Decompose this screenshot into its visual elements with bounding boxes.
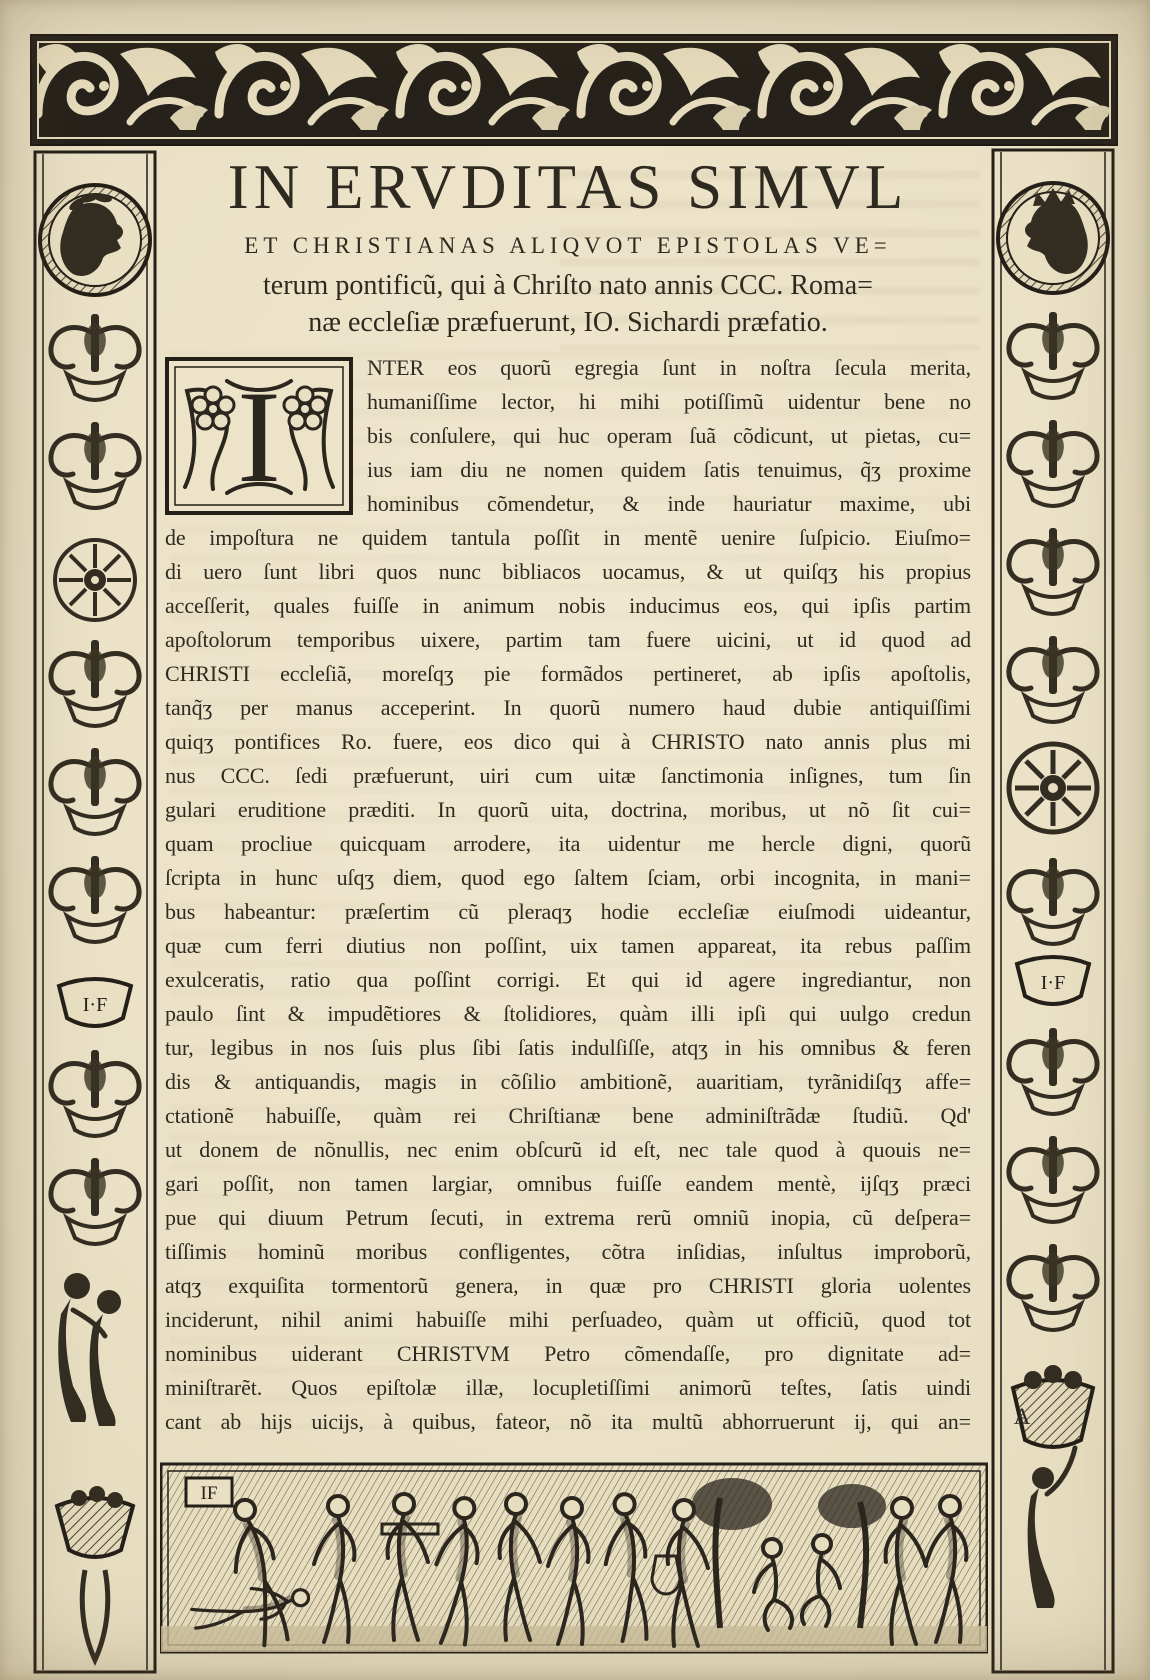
text-line: CHRISTI eccleſiã, moreſqʒ pie formãdos p… (165, 657, 971, 691)
text-line: quæ cum ferri diutius non poſſint, uix t… (165, 929, 971, 963)
text-line: bis conſulere, qui huc operam ſuã cõdicu… (367, 419, 971, 453)
left-pilaster-border-woodcut: I·F (33, 150, 157, 1674)
text-line: ſcripta in hunc uſqʒ diem, quod ego ſalt… (165, 861, 971, 895)
text-line: quam procliue quicquam arrodere, ita uid… (165, 827, 971, 861)
crowned-head-medallion (998, 183, 1108, 293)
frieze-monogram: IF (201, 1483, 218, 1504)
page-title: IN ERVDITAS SIMVL (165, 152, 971, 223)
artist-monogram-bowl: I·F (1017, 957, 1089, 1004)
right-pilaster-border-woodcut: I·F (991, 148, 1115, 1674)
text-line: nominibus uiderant CHRISTVM Petro cõmend… (165, 1337, 971, 1371)
fruit-basket-and-figure (1013, 1365, 1093, 1608)
text-line: gulari eruditione præditi. In quorũ uita… (165, 793, 971, 827)
bottom-bacchanal-frieze-woodcut: IF (160, 1458, 988, 1658)
title-subline-caps: ET CHRISTIANAS ALIQVOT EPISTOLAS VE= (165, 233, 971, 259)
satyr-couple-figures (58, 1273, 121, 1426)
text-line: tiſſimis hominũ moribus confligentes, cõ… (165, 1235, 971, 1269)
text-line: ctationẽ habuiſſe, quàm rei Chriſtianæ b… (165, 1099, 971, 1133)
title-subline: terum pontificũ, qui à Chriſto nato anni… (165, 267, 971, 304)
signature-mark: A (1002, 1404, 1042, 1430)
rosette-wheel (1009, 744, 1097, 832)
text-line: paulo ſint & impudẽtiores & ſtolidiores,… (165, 997, 971, 1031)
text-line: inciderunt, nihil animi habuiſſe mihi pe… (165, 1303, 971, 1337)
left-border-monogram: I·F (83, 994, 107, 1016)
text-line: NTER eos quorũ egregia ſunt in noſtra ſe… (367, 351, 971, 385)
text-line: tur, legibus in nos ſuis plus ſibi ſatis… (165, 1031, 971, 1065)
text-line: miniſtrarẽt. Quos epiſtolæ illæ, locuple… (165, 1371, 971, 1405)
text-line: hominibus cõmendetur, & inde hauriatur m… (367, 487, 971, 521)
text-line: cant ab hijs uicijs, à quibus, fateor, n… (165, 1405, 971, 1439)
preface-body: I (165, 351, 971, 1439)
text-line: exulceratis, ratio qua poſſint corrigi. … (165, 963, 971, 997)
text-line: atqʒ exquiſita tormentorũ genera, in quæ… (165, 1269, 971, 1303)
book-page: I·F (0, 0, 1150, 1680)
title-subline: næ eccleſiæ præfuerunt, IO. Sichardi præ… (165, 304, 971, 341)
laureate-head-medallion (40, 185, 150, 295)
decorated-initial-woodcut: I (165, 357, 353, 515)
text-line: pue qui diuum Petrum ſecuti, in extrema … (165, 1201, 971, 1235)
text-line: de impoſtura ne quidem tantula poſſit in… (165, 521, 971, 555)
text-line: apoſtolorum temporibus uixere, partim ta… (165, 623, 971, 657)
text-line: dis & antiquandis, magis in cõſilio ambi… (165, 1065, 971, 1099)
text-line: ut donem de nõnullis, nec enim obſcurũ i… (165, 1133, 971, 1167)
text-line: tanq̃ʒ per manus acceperint. In quorũ nu… (165, 691, 971, 725)
artist-monogram-bowl: I·F (59, 979, 131, 1026)
text-line: nus CCC. ſedi præfuerunt, uiri cum uitæ … (165, 759, 971, 793)
text-line: ius iam diu ne nomen quidem ſatis tenuim… (367, 453, 971, 487)
text-line: gari poſſit, non tamen largiar, omnibus … (165, 1167, 971, 1201)
drop-cap-letter: I (237, 363, 281, 510)
text-line: di uero ſunt libri quos nunc bibliacos u… (165, 555, 971, 589)
right-border-monogram: I·F (1041, 972, 1065, 994)
text-line: humaniſſime lector, hi mihi potiſſimũ ui… (367, 385, 971, 419)
top-acanthus-frieze-woodcut (30, 34, 1118, 146)
fruit-basket (57, 1486, 133, 1660)
text-line: quiqʒ pontifices Ro. fuere, eos dico qui… (165, 725, 971, 759)
text-line: bus habeantur: præſertim cũ pleraqʒ hodi… (165, 895, 971, 929)
text-column: IN ERVDITAS SIMVL ET CHRISTIANAS ALIQVOT… (165, 152, 971, 1439)
text-line: acceſſerit, quales fuiſſe in animum nobi… (165, 589, 971, 623)
